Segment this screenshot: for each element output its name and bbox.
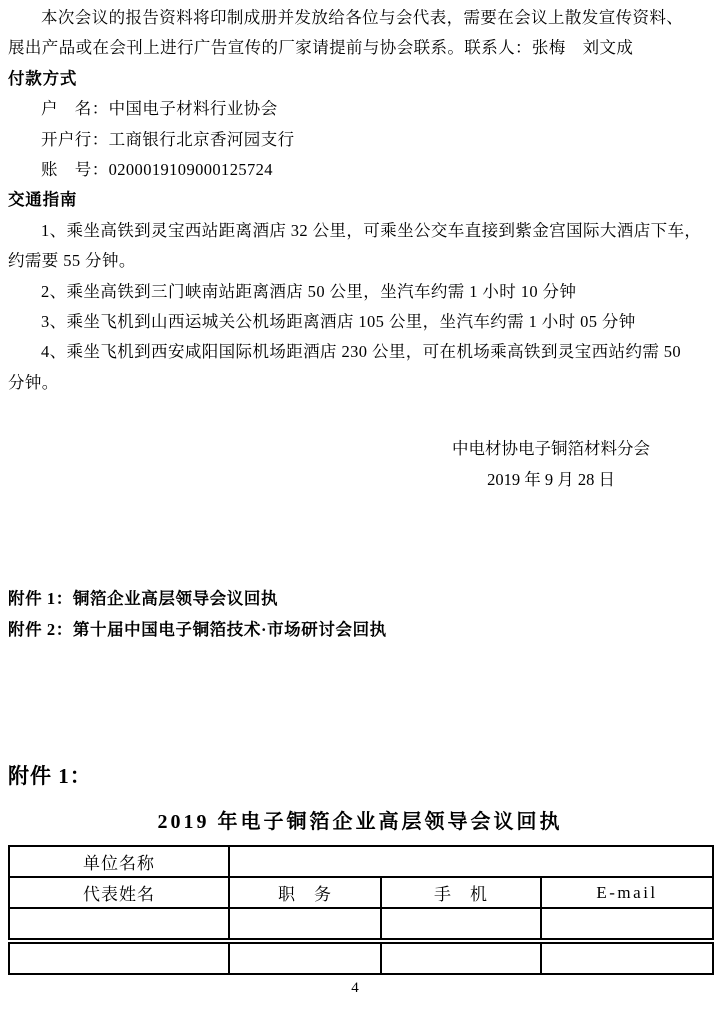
unit-name-label: 单位名称 xyxy=(9,846,229,877)
header-email: E-mail xyxy=(541,877,713,908)
payment-account-number: 账 号：0200019109000125724 xyxy=(8,155,712,185)
payment-account-name: 户 名：中国电子材料行业协会 xyxy=(8,94,712,124)
intro-line-1: 本次会议的报告资料将印制成册并发放给各位与会代表，需要在会议上散发宣传资料、 xyxy=(8,3,712,33)
blank-data-row-1 xyxy=(9,908,713,941)
payment-section-heading: 付款方式 xyxy=(8,64,712,94)
blank-cell-position-1 xyxy=(229,908,381,941)
transport-item-4-line-1: 4、乘坐飞机到西安咸阳国际机场距酒店 230 公里，可在机场乘高铁到灵宝西站约需… xyxy=(8,337,712,367)
blank-data-row-2 xyxy=(9,941,713,974)
header-representative-name: 代表姓名 xyxy=(9,877,229,908)
reply-table-title: 2019 年电子铜箔企业高层领导会议回执 xyxy=(0,805,720,834)
header-position: 职 务 xyxy=(229,877,381,908)
blank-cell-position-2 xyxy=(229,941,381,974)
blank-cell-name-1 xyxy=(9,908,229,941)
notice-body: 本次会议的报告资料将印制成册并发放给各位与会代表，需要在会议上散发宣传资料、 展… xyxy=(8,3,712,398)
signature-organization: 中电材协电子铜箔材料分会 xyxy=(446,433,656,464)
document-page: 本次会议的报告资料将印制成册并发放给各位与会代表，需要在会议上散发宣传资料、 展… xyxy=(0,0,720,1011)
transport-item-2: 2、乘坐高铁到三门峡南站距离酒店 50 公里，坐汽车约需 1 小时 10 分钟 xyxy=(8,277,712,307)
attachment-1-heading: 附件 1： xyxy=(8,760,92,790)
attachment-list-item-1: 附件 1：铜箔企业高层领导会议回执 xyxy=(8,584,387,615)
attachment-list-item-2: 附件 2：第十届中国电子铜箔技术·市场研讨会回执 xyxy=(8,615,387,646)
transport-item-1-line-1: 1、乘坐高铁到灵宝西站距离酒店 32 公里，可乘坐公交车直接到紫金宫国际大酒店下… xyxy=(8,216,712,246)
page-number: 4 xyxy=(0,980,710,997)
unit-name-input-cell xyxy=(229,846,713,877)
blank-cell-email-1 xyxy=(541,908,713,941)
signature-block: 中电材协电子铜箔材料分会 2019 年 9 月 28 日 xyxy=(446,433,656,495)
blank-cell-mobile-1 xyxy=(381,908,541,941)
blank-cell-email-2 xyxy=(541,941,713,974)
transport-item-3: 3、乘坐飞机到山西运城关公机场距离酒店 105 公里，坐汽车约需 1 小时 05… xyxy=(8,307,712,337)
blank-cell-name-2 xyxy=(9,941,229,974)
transport-section-heading: 交通指南 xyxy=(8,185,712,215)
reply-table: 单位名称 代表姓名 职 务 手 机 E-mail xyxy=(8,845,714,975)
table-header-row: 代表姓名 职 务 手 机 E-mail xyxy=(9,877,713,908)
intro-line-2: 展出产品或在会刊上进行广告宣传的厂家请提前与协会联系。联系人：张梅 刘文成 xyxy=(8,33,712,63)
transport-item-1-line-2: 约需要 55 分钟。 xyxy=(8,246,712,276)
payment-bank: 开户行：工商银行北京香河园支行 xyxy=(8,125,712,155)
attachment-list: 附件 1：铜箔企业高层领导会议回执 附件 2：第十届中国电子铜箔技术·市场研讨会… xyxy=(8,584,387,645)
blank-cell-mobile-2 xyxy=(381,941,541,974)
header-mobile: 手 机 xyxy=(381,877,541,908)
transport-item-4-line-2: 分钟。 xyxy=(8,368,712,398)
signature-date: 2019 年 9 月 28 日 xyxy=(446,464,656,495)
unit-name-row: 单位名称 xyxy=(9,846,713,877)
